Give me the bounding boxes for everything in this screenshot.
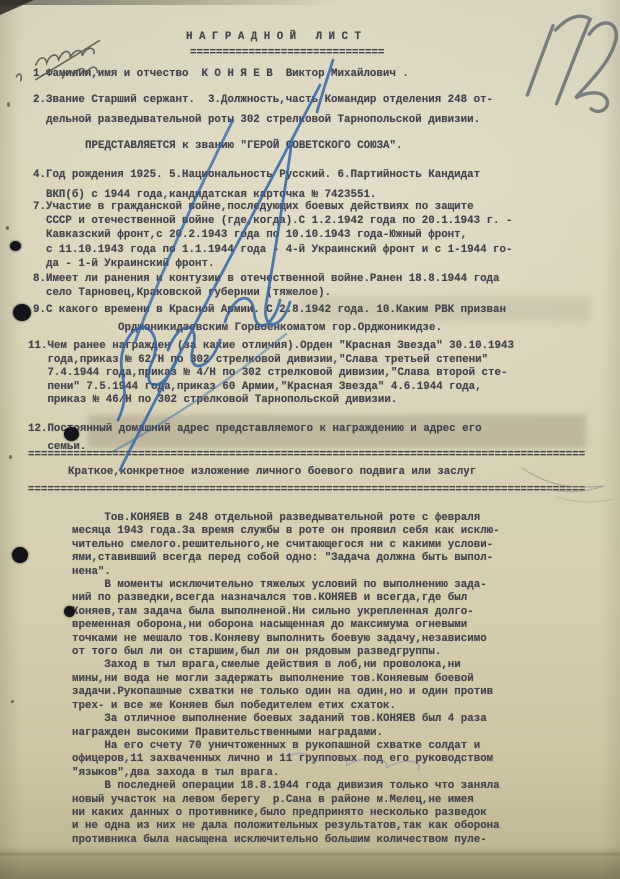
page-title-underline: ============================== [190,47,384,60]
top-edge-shadow [0,0,341,5]
page-title: Н А Г Р А Д Н О Й Л И С Т [186,31,361,44]
presented-for-title-line: ПРЕДСТАВЛЯЕТСЯ к званию "ГЕРОЙ СОВЕТСКОГ… [85,140,402,153]
field-army-service-draft: 9.С какого времени в Красной Армии. С 2.… [33,304,506,317]
hole-punch-dot [64,606,75,617]
field-war-participation: 7.Участие в гражданской войне,последующи… [33,200,512,271]
hole-punch-dot [10,241,21,251]
award-sheet-page: Н А Г Р А Д Н О Й Л И С Т ==============… [0,0,620,879]
field-name: 1.Фамилия,имя и отчество К О Н Я Е В Вик… [33,68,409,81]
feat-description: Тов.КОНЯЕВ в 248 отдельной разведыватель… [72,512,500,847]
field-draft-office: Орджоникидзевским Горвоенкоматом гор.Орд… [118,322,442,335]
bottom-edge-shadow [0,846,620,879]
field-wounds: 8.Имеет ли ранения и контузии в отечеств… [33,272,500,300]
paper-speck [7,102,10,107]
section-heading: Краткое,конкретное изложение личного бое… [68,466,476,479]
hole-punch-dot [64,427,79,441]
field-prior-awards: 11.Чем ранее награжден (за какие отличия… [28,340,514,408]
paper-speck [9,455,12,459]
hole-punch-dot [12,547,28,563]
paper-speck [6,226,9,230]
field-rank-position: 2.Звание Старший сержант. 3.Должность,ча… [33,90,493,130]
section-divider-bottom: ========================================… [28,484,585,497]
section-divider-top: ========================================… [28,449,585,462]
field-birth-nationality-party: 4.Год рождения 1925. 5.Национальность Ру… [33,165,480,205]
paper-speck [11,700,14,703]
pencil-number [526,11,618,113]
hole-punch-dot [13,304,31,321]
